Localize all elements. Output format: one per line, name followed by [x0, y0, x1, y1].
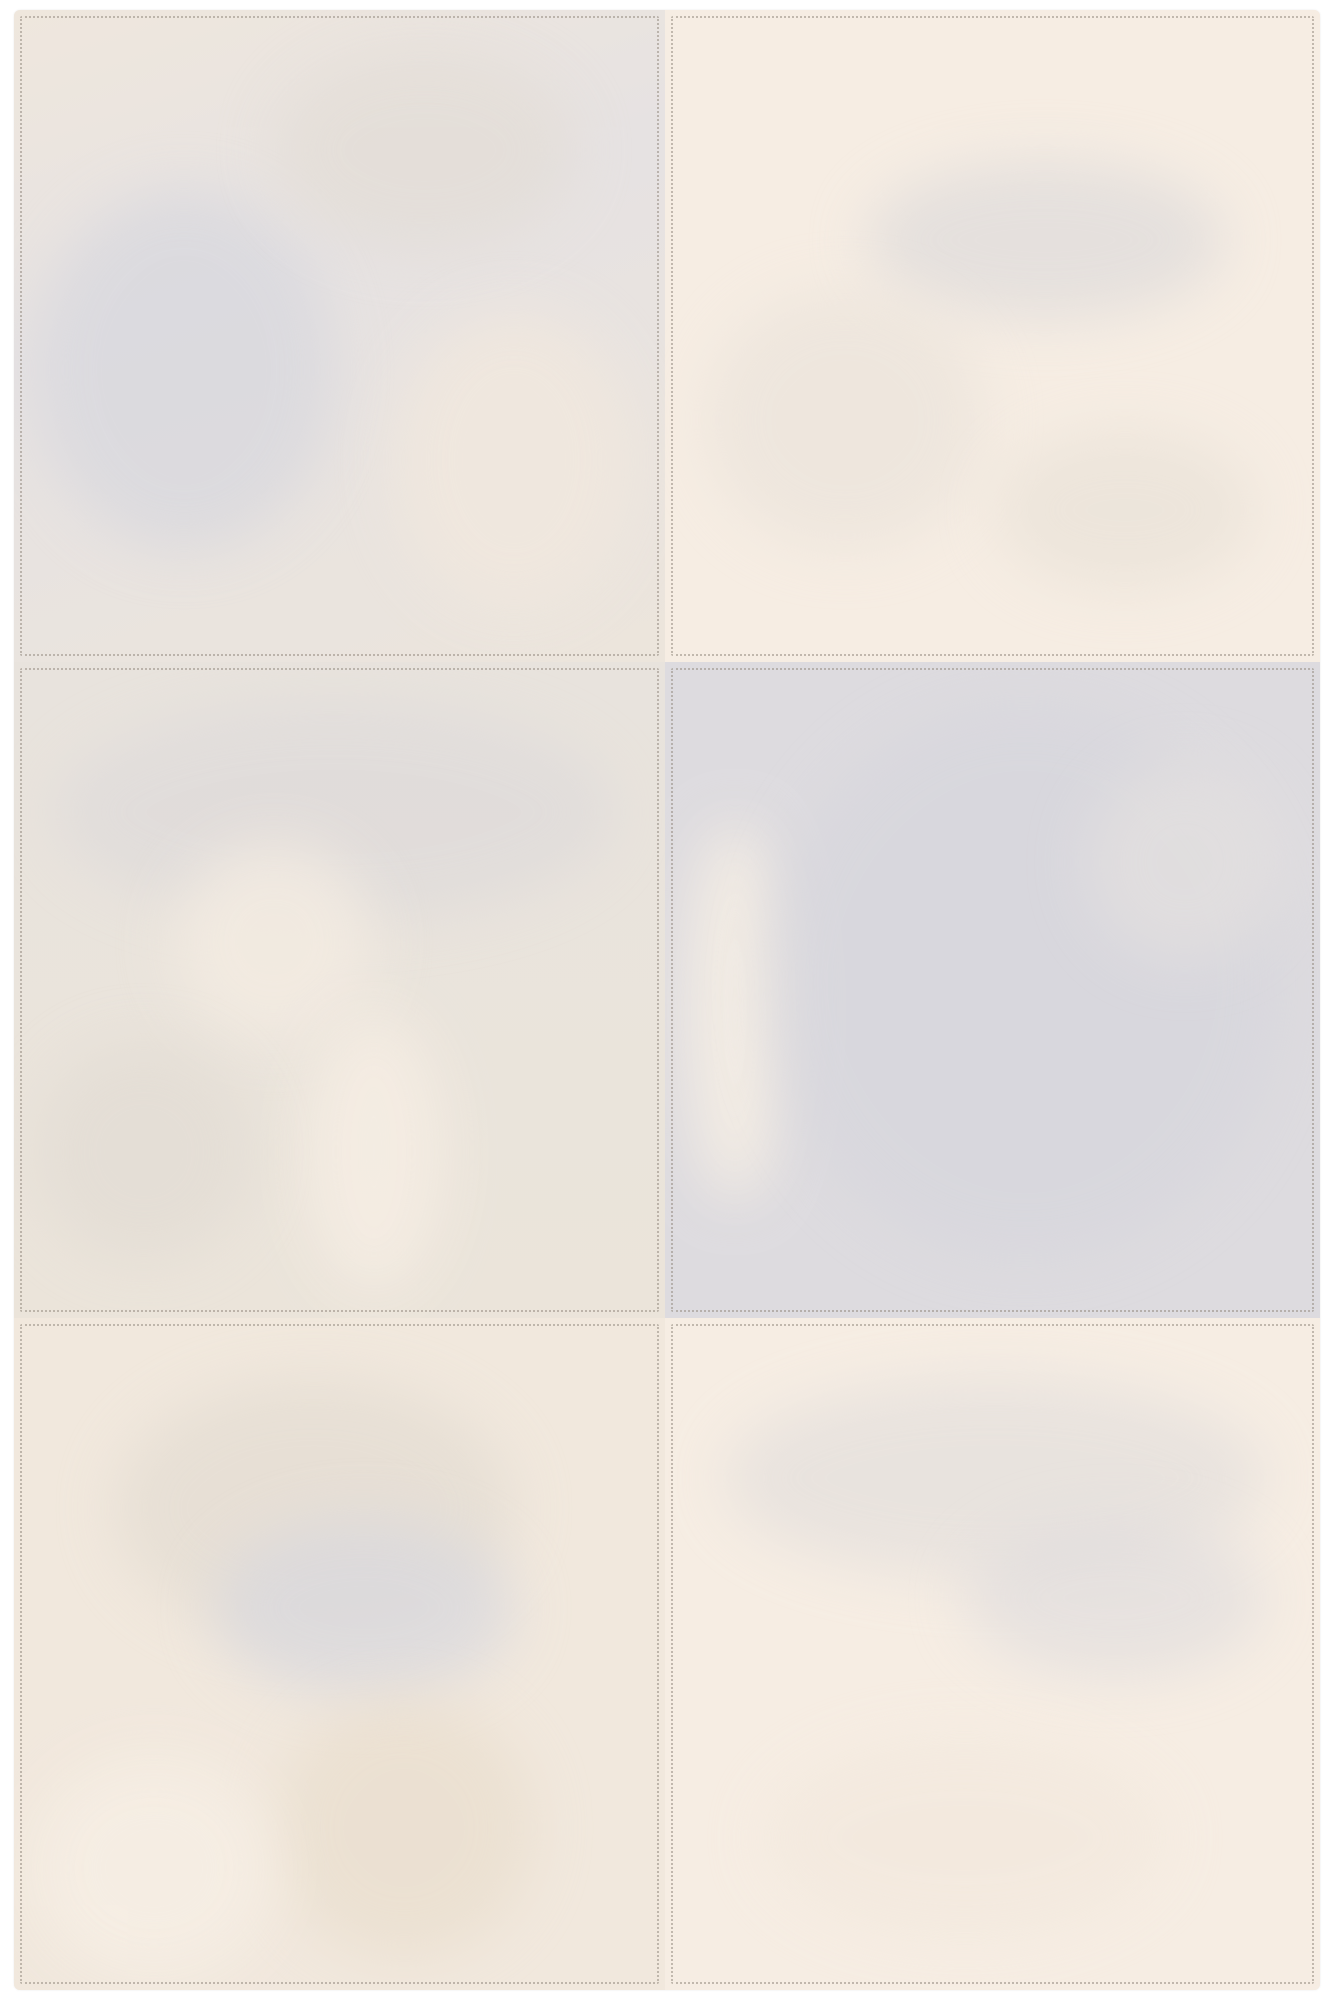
stitch-border	[671, 1324, 1314, 1984]
rug-panel-bottom-left	[14, 1318, 665, 1990]
stitch-border	[20, 1324, 659, 1984]
stitch-border	[671, 16, 1314, 656]
rug-panel-bottom-right	[665, 1318, 1320, 1990]
rug-panel-top-right	[665, 10, 1320, 662]
rug-panel-middle-left	[14, 662, 665, 1318]
stitch-border	[20, 16, 659, 656]
rug-panel-middle-right	[665, 662, 1320, 1318]
stitch-border	[671, 668, 1314, 1312]
stitch-border	[20, 668, 659, 1312]
patchwork-rug	[14, 10, 1320, 1990]
rug-panel-top-left	[14, 10, 665, 662]
